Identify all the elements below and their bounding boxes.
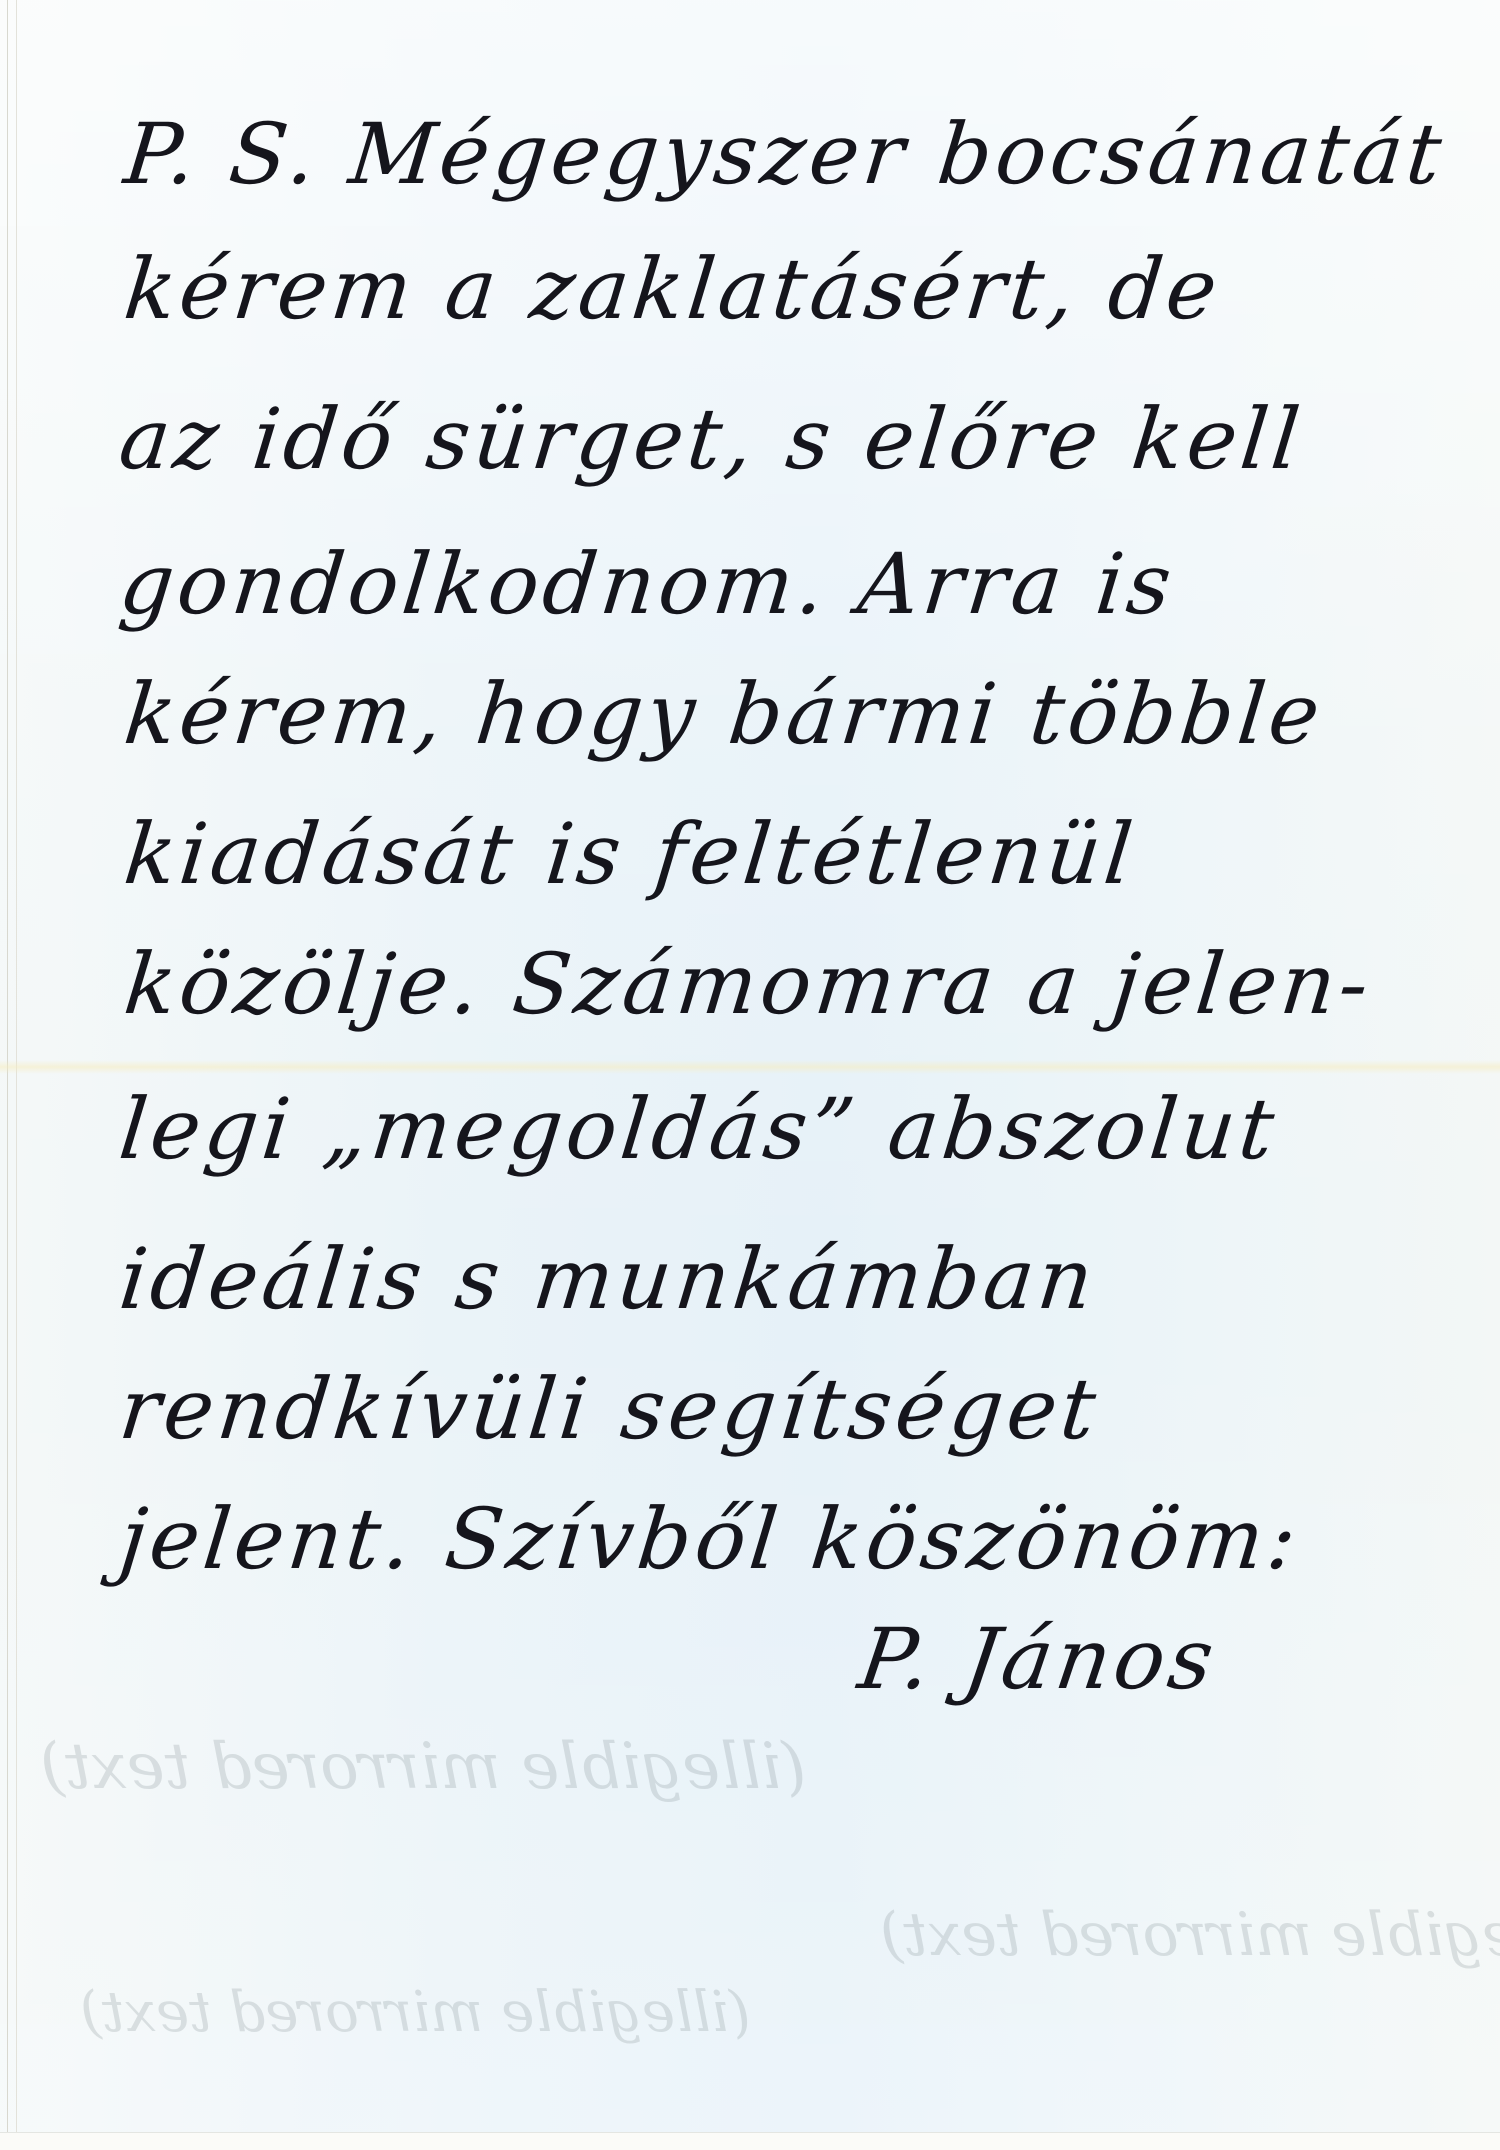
signature: P. János [853,1610,1223,1708]
letter-line: rendkívüli segítséget [115,1360,1104,1458]
letter-line: legi „megoldás” abszolut [115,1080,1282,1178]
letter-line: P. S. Mégegyszer bocsánatát [120,105,1450,203]
letter-line: ideális s munkámban [115,1230,1102,1328]
letter-line: kiadását is feltétlenül [120,805,1141,903]
letter-line: közölje. Számomra a jelen- [120,935,1377,1033]
letter-line: kérem a zaklatásért, de [120,240,1226,338]
handwritten-letter: P. S. Mégegyszer bocsánatát kérem a zakl… [0,0,1500,2150]
letter-line: jelent. Szívből köszönöm: [115,1490,1305,1588]
letter-line: az idő sürget, s előre kell [115,390,1308,488]
letter-line: gondolkodnom. Arra is [115,535,1180,633]
letter-paper: (illegible mirrored text) (illegible mir… [0,0,1500,2150]
letter-line: kérem, hogy bármi többle [120,665,1328,763]
